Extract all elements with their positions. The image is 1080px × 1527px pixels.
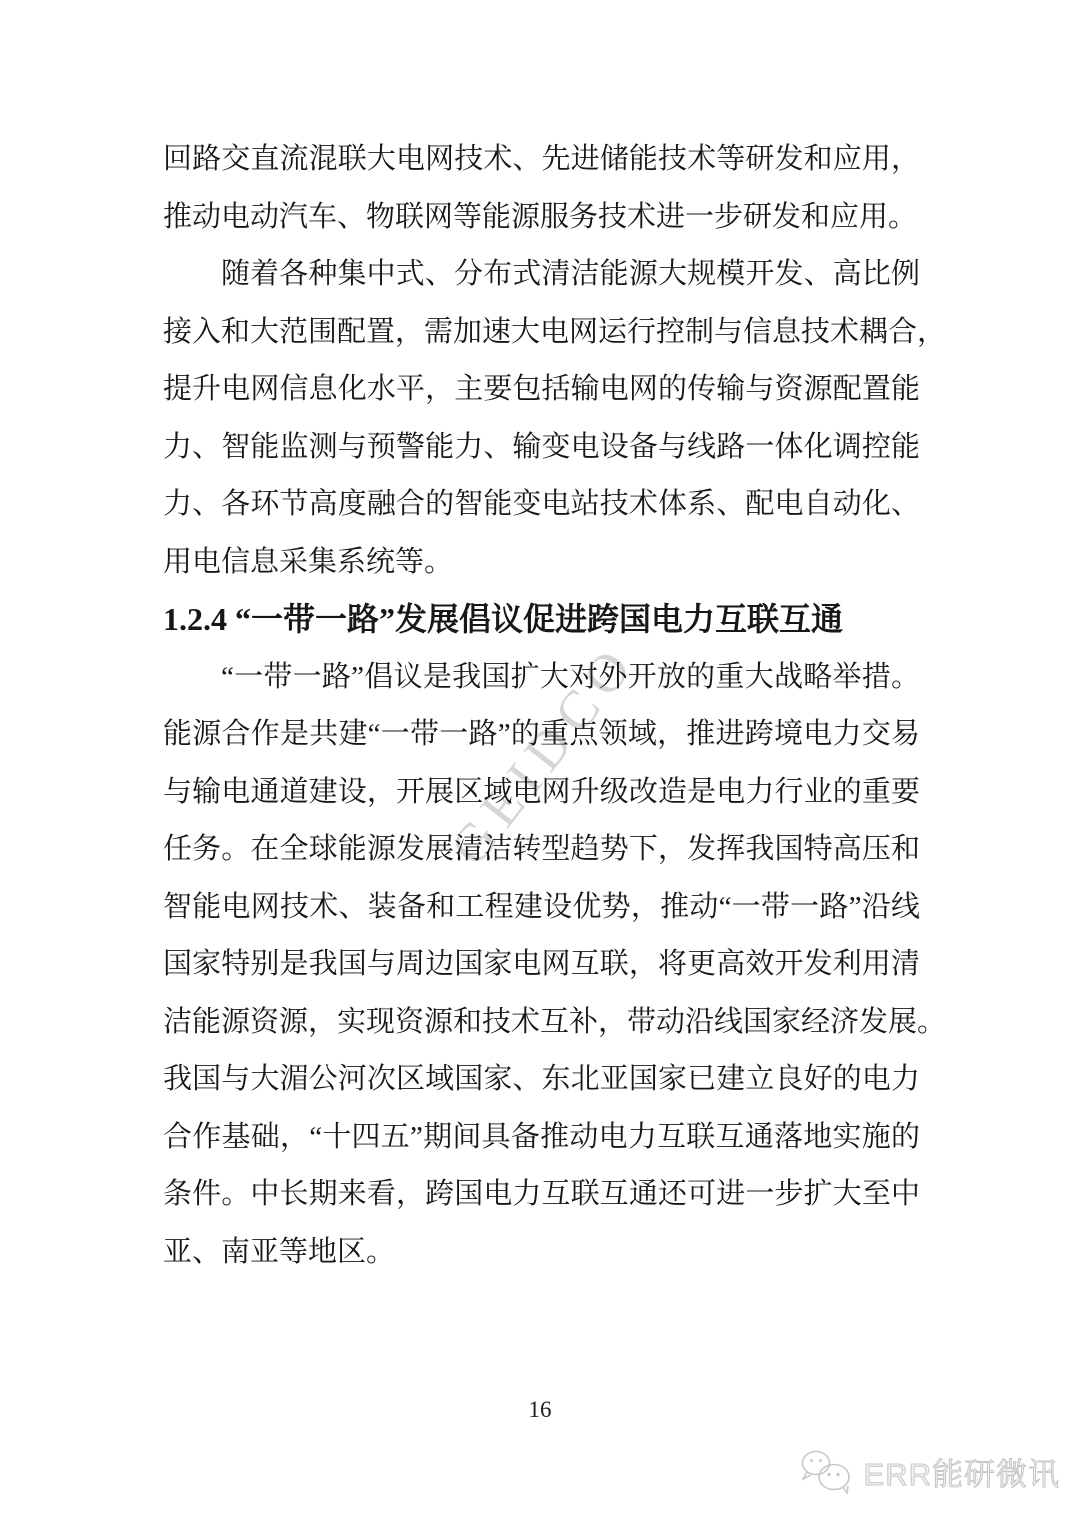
- text-line: 力、各环节高度融合的智能变电站技术体系、配电自动化、: [163, 476, 920, 534]
- page-number: 16: [0, 1397, 1080, 1423]
- paragraph-research-application: 回路交直流混联大电网技术、先进储能技术等研发和应用，推动电动汽车、物联网等能源服…: [163, 131, 920, 246]
- text-line: 回路交直流混联大电网技术、先进储能技术等研发和应用，: [163, 131, 920, 189]
- text-line: 任务。在全球能源发展清洁转型趋势下，发挥我国特高压和: [163, 821, 920, 879]
- text-line: 随着各种集中式、分布式清洁能源大规模开发、高比例: [163, 246, 920, 304]
- text-line: 接入和大范围配置，需加速大电网运行控制与信息技术耦合，: [163, 304, 920, 362]
- text-line: 能源合作是共建“一带一路”的重点领域，推进跨境电力交易: [163, 706, 920, 764]
- text-line: 合作基础，“十四五”期间具备推动电力互联互通落地实施的: [163, 1109, 920, 1167]
- text-line: 我国与大湄公河次区域国家、东北亚国家已建立良好的电力: [163, 1051, 920, 1109]
- text-line: 国家特别是我国与周边国家电网互联，将更高效开发利用清: [163, 936, 920, 994]
- text-line: 洁能源资源，实现资源和技术互补，带动沿线国家经济发展。: [163, 994, 920, 1052]
- document-body: 回路交直流混联大电网技术、先进储能技术等研发和应用，推动电动汽车、物联网等能源服…: [163, 131, 920, 1281]
- document-page: GEIDCO 回路交直流混联大电网技术、先进储能技术等研发和应用，推动电动汽车、…: [0, 0, 1080, 1527]
- section-heading-1-2-4: 1.2.4 “一带一路”发展倡议促进跨国电力互联互通: [163, 591, 920, 649]
- wechat-icon: [798, 1448, 854, 1494]
- text-line: 推动电动汽车、物联网等能源服务技术进一步研发和应用。: [163, 189, 920, 247]
- text-line: 亚、南亚等地区。: [163, 1224, 920, 1282]
- text-line: 条件。中长期来看，跨国电力互联互通还可进一步扩大至中: [163, 1166, 920, 1224]
- text-line: 与输电通道建设，开展区域电网升级改造是电力行业的重要: [163, 764, 920, 822]
- text-line: 智能电网技术、装备和工程建设优势，推动“一带一路”沿线: [163, 879, 920, 937]
- text-line: “一带一路”倡议是我国扩大对外开放的重大战略举措。: [163, 649, 920, 707]
- paragraph-belt-and-road: “一带一路”倡议是我国扩大对外开放的重大战略举措。能源合作是共建“一带一路”的重…: [163, 649, 920, 1282]
- text-line: 力、智能监测与预警能力、输变电设备与线路一体化调控能: [163, 419, 920, 477]
- footer-watermark: ERR能研微讯: [798, 1448, 1060, 1494]
- text-line: 用电信息采集系统等。: [163, 534, 920, 592]
- footer-watermark-label: ERR能研微讯: [864, 1449, 1060, 1494]
- text-line: 提升电网信息化水平，主要包括输电网的传输与资源配置能: [163, 361, 920, 419]
- paragraph-grid-informatization: 随着各种集中式、分布式清洁能源大规模开发、高比例接入和大范围配置，需加速大电网运…: [163, 246, 920, 591]
